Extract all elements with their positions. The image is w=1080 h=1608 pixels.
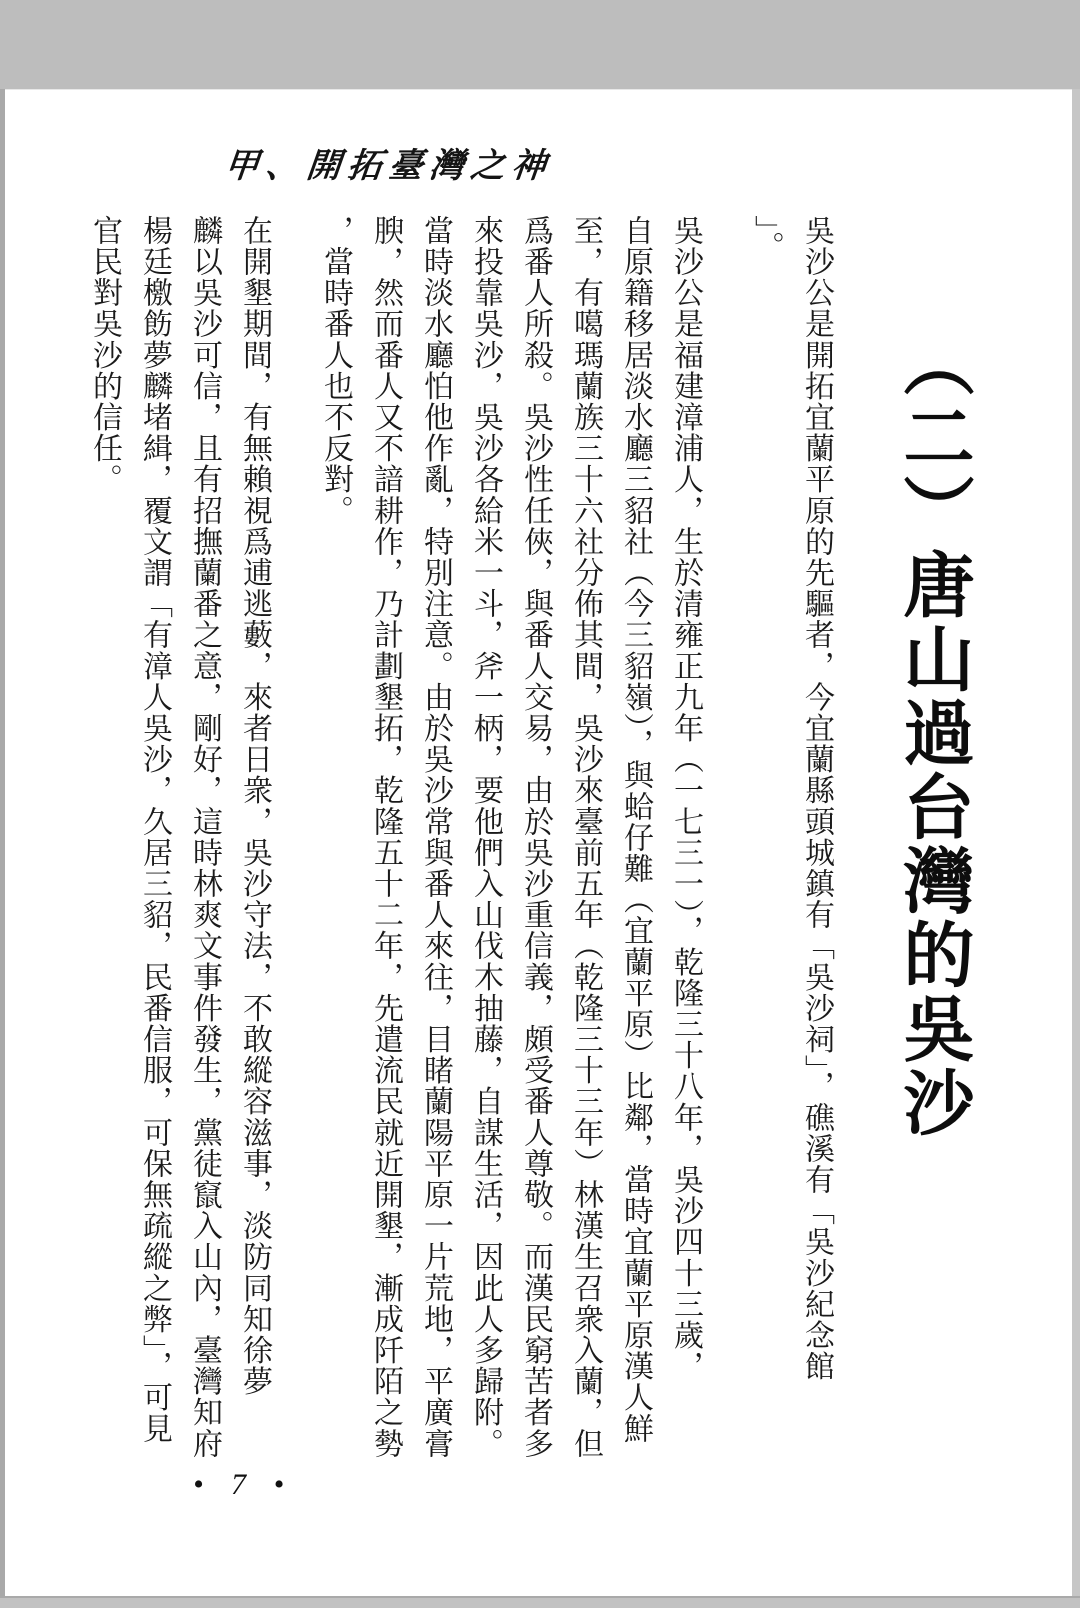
text-column: 腴，然而番人又不諳耕作，乃計劃墾拓，乾隆五十二年，先遣流民就近開墾，漸成阡陌之勢 [360, 215, 410, 1465]
paper: 甲、開拓臺灣之神 （二）唐山過台灣的吳沙 吳沙公是開拓宜蘭平原的先驅者，今宜蘭縣… [5, 89, 1072, 1598]
text-column: ，當時番人也不反對。 [310, 215, 360, 1465]
running-head: 甲、開拓臺灣之神 [222, 138, 555, 187]
text-column: 在開墾期間，有無賴視爲逋逃藪，來者日衆，吳沙守法，不敢縱容滋事，淡防同知徐夢 [229, 215, 310, 1465]
text-column: 吳沙公是福建漳浦人，生於清雍正九年（一七三一），乾隆三十八年，吳沙四十三歲， [660, 215, 741, 1465]
text-column: 官民對吳沙的信任。 [79, 215, 129, 1465]
scan-bottom-edge [0, 1596, 1080, 1608]
text-column: 吳沙公是開拓宜蘭平原的先驅者，今宜蘭縣頭城鎮有「吳沙祠」，礁溪有「吳沙紀念館 [791, 215, 872, 1465]
page-number: • 7 • [193, 1468, 294, 1502]
text-column: 當時淡水廳怕他作亂，特別注意。由於吳沙常與番人來往，目睹蘭陽平原一片荒地，平廣膏 [410, 215, 460, 1465]
scanned-book-page: 甲、開拓臺灣之神 （二）唐山過台灣的吳沙 吳沙公是開拓宜蘭平原的先驅者，今宜蘭縣… [0, 0, 1080, 1608]
body-columns: 吳沙公是開拓宜蘭平原的先驅者，今宜蘭縣頭城鎮有「吳沙祠」，礁溪有「吳沙紀念館」。… [79, 215, 872, 1465]
text-column: 自原籍移居淡水廳三貂社（今三貂嶺），與蛤仔難（宜蘭平原）比鄰，當時宜蘭平原漢人鮮 [610, 215, 660, 1465]
text-column: 楊廷檄飭夢麟堵緝，覆文謂「有漳人吳沙，久居三貂，民番信服，可保無疏縱之弊」，可見 [129, 215, 179, 1465]
scan-top-band [0, 0, 1080, 91]
text-column: 」。 [741, 215, 791, 1465]
text-column: 至，有噶瑪蘭族三十六社分佈其間，吳沙來臺前五年（乾隆三十三年）林漢生召衆入蘭，但 [560, 215, 610, 1465]
section-title: （二）唐山過台灣的吳沙 [881, 326, 983, 1086]
text-column: 爲番人所殺。吳沙性任俠，與番人交易，由於吳沙重信義，頗受番人尊敬。而漢民窮苦者多 [510, 215, 560, 1465]
text-column: 來投靠吳沙，吳沙各給米一斗，斧一柄，要他們入山伐木抽藤，自謀生活，因此人多歸附。 [460, 215, 510, 1465]
text-column: 麟以吳沙可信，且有招撫蘭番之意，剛好，這時林爽文事件發生，黨徒竄入山內，臺灣知府 [179, 215, 229, 1465]
